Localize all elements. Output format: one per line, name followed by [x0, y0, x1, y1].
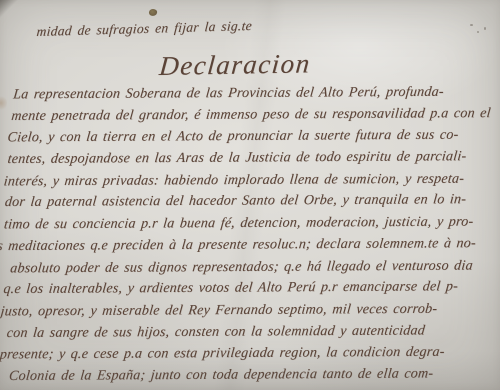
manuscript-line: mente penetrada del grandor, é immenso p… — [10, 102, 500, 127]
opening-line: midad de sufragios en fijar la sig.te — [36, 18, 253, 40]
manuscript-line: La representacion Soberana de las Provin… — [12, 81, 500, 106]
manuscript-line: con la sangre de sus hijos, consten con … — [6, 319, 500, 344]
manuscript-line: q.e los inalterables, y ardientes votos … — [2, 276, 500, 301]
manuscript-line: dor la paternal asistencia del hacedor S… — [4, 189, 500, 214]
manuscript-body: La representacion Soberana de las Provin… — [8, 80, 500, 387]
declaration-heading: Declaracion — [158, 48, 312, 82]
manuscript-line: s meditaciones q.e preciden à la present… — [0, 232, 500, 257]
paper-speck — [484, 27, 486, 30]
paper-stain — [0, 95, 7, 111]
manuscript-line: tentes, despojandose en las Aras de la J… — [7, 146, 500, 171]
paper-speck — [470, 24, 473, 26]
paper-speck — [477, 31, 479, 33]
ink-spot — [148, 8, 157, 17]
manuscript-line: Colonia de la España; junto con toda dep… — [8, 362, 500, 387]
manuscript-line: justo, opresor, y miserable del Rey Fern… — [0, 298, 500, 323]
manuscript-photo: midad de sufragios en fijar la sig.te De… — [0, 0, 500, 390]
